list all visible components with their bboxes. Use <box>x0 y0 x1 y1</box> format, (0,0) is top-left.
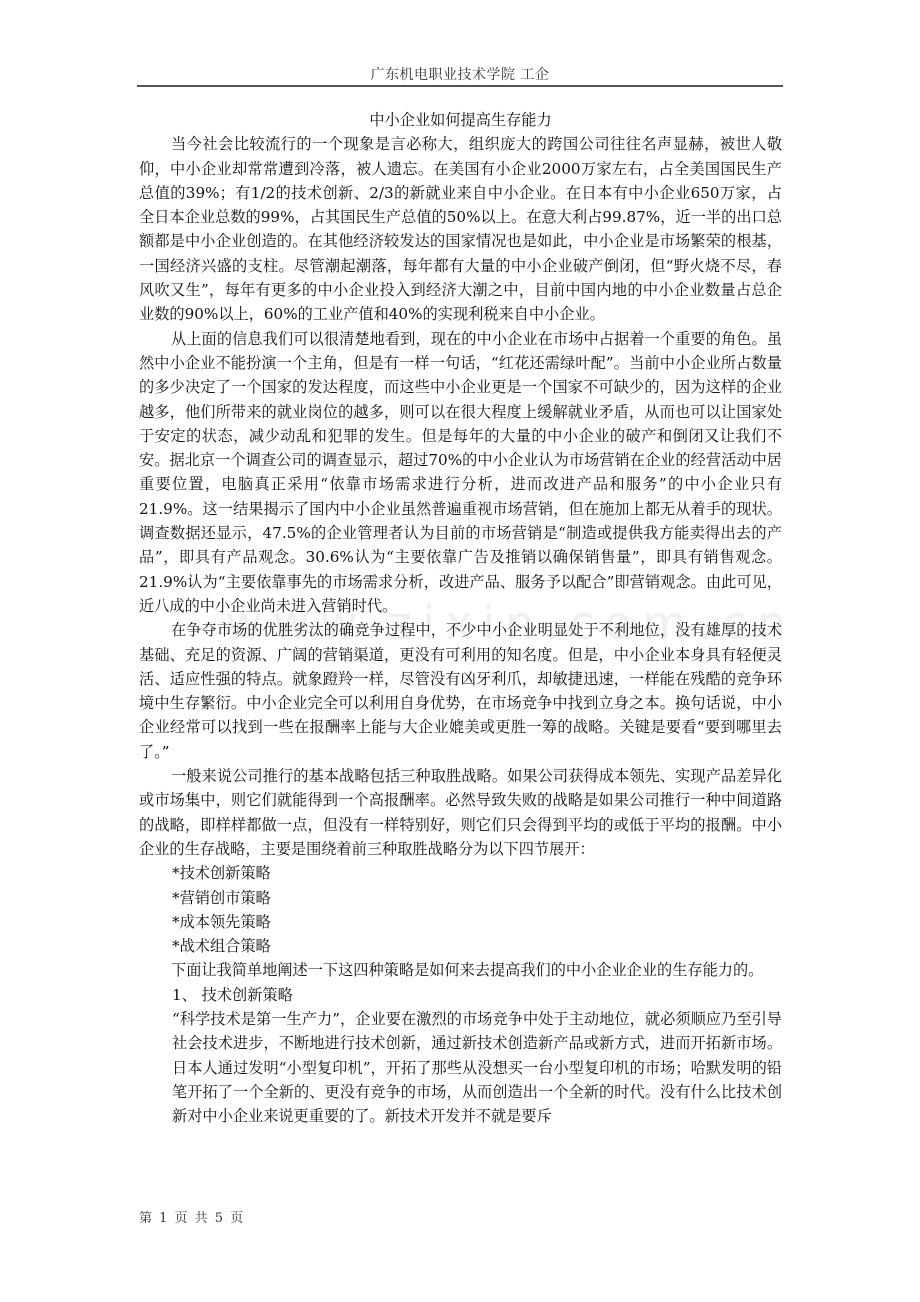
transition-paragraph: 下面让我简单地阐述一下这四种策略是如何来去提高我们的中小企业企业的生存能力的。 <box>139 958 782 982</box>
section-heading: 1、 技术创新策略 <box>139 983 782 1007</box>
strategy-list-item: *成本领先策略 <box>139 910 782 934</box>
strategy-list-item: *战术组合策略 <box>139 934 782 958</box>
paragraph: 从上面的信息我们可以很清楚地看到，现在的中小企业在市场中占据着一个重要的角色。虽… <box>139 327 782 619</box>
paragraph: 当今社会比较流行的一个现象是言必称大，组织庞大的跨国公司往往名声显赫，被世人敬仰… <box>139 132 782 326</box>
page-header: 广东机电职业技术学院 工企 <box>137 64 783 84</box>
document-page: 广东机电职业技术学院 工企 www.zixin.com.cn 中小企业如何提高生… <box>0 0 920 1302</box>
section-body: “科学技术是第一生产力”，企业要在激烈的市场竞争中处于主动地位，就必须顺应乃至引… <box>139 1007 782 1128</box>
header-divider <box>137 85 783 87</box>
strategy-list-item: *技术创新策略 <box>139 861 782 885</box>
paragraph: 在争夺市场的优胜劣汰的确竞争过程中，不少中小企业明显处于不利地位，没有雄厚的技术… <box>139 618 782 764</box>
strategy-list-item: *营销创市策略 <box>139 886 782 910</box>
document-title: 中小企业如何提高生存能力 <box>139 108 782 132</box>
page-footer: 第 1 页 共 5 页 <box>139 1207 243 1226</box>
document-body: 中小企业如何提高生存能力 当今社会比较流行的一个现象是言必称大，组织庞大的跨国公… <box>139 108 782 1128</box>
paragraph: 一般来说公司推行的基本战略包括三种取胜战略。如果公司获得成本领先、实现产品差异化… <box>139 764 782 861</box>
